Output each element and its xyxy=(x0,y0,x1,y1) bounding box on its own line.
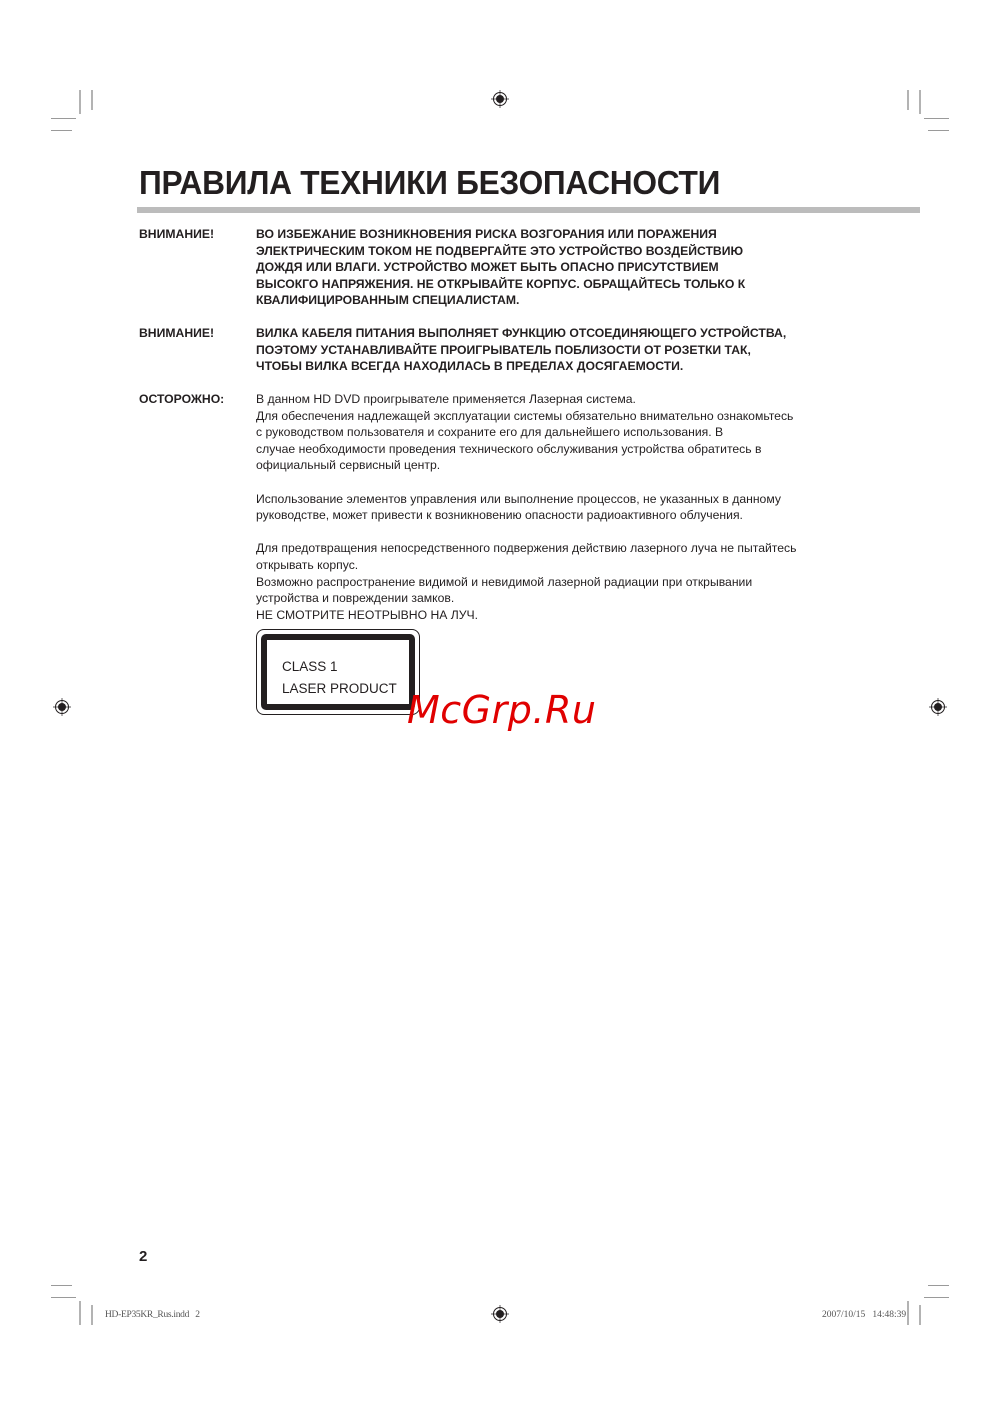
title-rule xyxy=(137,207,920,213)
laser-label-text: CLASS 1 LASER PRODUCT xyxy=(282,656,397,700)
crop-mark-bottom-left-h1 xyxy=(51,1285,72,1286)
laser-label-frame: CLASS 1 LASER PRODUCT xyxy=(261,634,415,710)
watermark: McGrp.Ru xyxy=(407,688,596,732)
crop-mark-top-left-h1 xyxy=(51,118,76,119)
text-line: ВЫСОКГО НАПРЯЖЕНИЯ. НЕ ОТКРЫВАЙТЕ КОРПУС… xyxy=(256,276,899,293)
text-line: руководстве, может привести к возникнове… xyxy=(256,507,899,524)
text-line: Для предотвращения непосредственного под… xyxy=(256,540,899,557)
text-line: ВИЛКА КАБЕЛЯ ПИТАНИЯ ВЫПОЛНЯЕТ ФУНКЦИЮ О… xyxy=(256,325,899,342)
crop-mark-bottom-right-h1 xyxy=(928,1285,949,1286)
paragraph: Использование элементов управления или в… xyxy=(256,491,899,524)
laser-class: CLASS 1 xyxy=(282,656,397,678)
text-line: ЧТОБЫ ВИЛКА ВСЕГДА НАХОДИЛАСЬ В ПРЕДЕЛАХ… xyxy=(256,358,899,375)
crop-mark-top-right-h2 xyxy=(928,130,949,131)
text-line: Для обеспечения надлежащей эксплуатации … xyxy=(256,408,899,425)
slug-filename: HD-EP35KR_Rus.indd 2 xyxy=(105,1310,200,1320)
text-line: ДОЖДЯ ИЛИ ВЛАГИ. УСТРОЙСТВО МОЖЕТ БЫТЬ О… xyxy=(256,259,899,276)
text-line: случае необходимости проведения техничес… xyxy=(256,441,899,458)
text-line: ВО ИЗБЕЖАНИЕ ВОЗНИКНОВЕНИЯ РИСКА ВОЗГОРА… xyxy=(256,226,899,243)
crop-mark-top-right-h1 xyxy=(924,118,949,119)
section-text: ВО ИЗБЕЖАНИЕ ВОЗНИКНОВЕНИЯ РИСКА ВОЗГОРА… xyxy=(256,226,899,309)
section-text: В данном HD DVD проигрывателе применяетс… xyxy=(256,391,899,623)
section-label: ВНИМАНИЕ! xyxy=(139,325,256,375)
page-title: ПРАВИЛА ТЕХНИКИ БЕЗОПАСНОСТИ xyxy=(139,164,720,202)
registration-target-icon xyxy=(53,698,71,716)
crop-mark-top-right-outer xyxy=(919,90,921,114)
text-line: Использование элементов управления или в… xyxy=(256,491,899,508)
registration-target-icon xyxy=(491,90,509,108)
text-line: официальный сервисный центр. xyxy=(256,457,899,474)
text-line: КВАЛИФИЦИРОВАННЫМ СПЕЦИАЛИСТАМ. xyxy=(256,292,899,309)
section-label: ОСТОРОЖНО: xyxy=(139,391,256,623)
registration-target-icon xyxy=(929,698,947,716)
crop-mark-top-left-outer xyxy=(79,90,81,114)
text-line: открывать корпус. xyxy=(256,557,899,574)
text-line: Возможно распространение видимой и невид… xyxy=(256,574,899,591)
crop-mark-bottom-right-h2 xyxy=(924,1297,949,1298)
section-label: ВНИМАНИЕ! xyxy=(139,226,256,309)
crop-mark-bottom-left-outer xyxy=(79,1301,81,1325)
section-text: ВИЛКА КАБЕЛЯ ПИТАНИЯ ВЫПОЛНЯЕТ ФУНКЦИЮ О… xyxy=(256,325,899,375)
registration-target-icon xyxy=(491,1305,509,1323)
laser-product-label: CLASS 1 LASER PRODUCT xyxy=(256,629,420,715)
text-line: ЭЛЕКТРИЧЕСКИМ ТОКОМ НЕ ПОДВЕРГАЙТЕ ЭТО У… xyxy=(256,243,899,260)
crop-mark-top-left-inner xyxy=(91,90,93,110)
paragraph: В данном HD DVD проигрывателе применяетс… xyxy=(256,391,899,474)
crop-mark-top-right-inner xyxy=(907,90,909,110)
crop-mark-bottom-left-h2 xyxy=(51,1297,76,1298)
text-line: НЕ СМОТРИТЕ НЕОТРЫВНО НА ЛУЧ. xyxy=(256,607,899,624)
warning-section-1: ВНИМАНИЕ! ВО ИЗБЕЖАНИЕ ВОЗНИКНОВЕНИЯ РИС… xyxy=(139,226,899,309)
text-line: ПОЭТОМУ УСТАНАВЛИВАЙТЕ ПРОИГРЫВАТЕЛЬ ПОБ… xyxy=(256,342,899,359)
text-line: с руководством пользователя и сохраните … xyxy=(256,424,899,441)
page-number: 2 xyxy=(139,1248,147,1265)
crop-mark-top-left-h2 xyxy=(51,130,72,131)
text-line: устройства и повреждении замков. xyxy=(256,590,899,607)
warning-section-2: ВНИМАНИЕ! ВИЛКА КАБЕЛЯ ПИТАНИЯ ВЫПОЛНЯЕТ… xyxy=(139,325,899,375)
paragraph: Для предотвращения непосредственного под… xyxy=(256,540,899,623)
slug-timestamp: 2007/10/15 14:48:39 xyxy=(822,1310,906,1320)
laser-product: LASER PRODUCT xyxy=(282,678,397,700)
crop-mark-bottom-right-inner xyxy=(907,1301,909,1325)
crop-mark-bottom-right-outer xyxy=(919,1305,921,1325)
text-line: В данном HD DVD проигрывателе применяетс… xyxy=(256,391,899,408)
crop-mark-bottom-left-inner xyxy=(91,1305,93,1325)
caution-section: ОСТОРОЖНО: В данном HD DVD проигрывателе… xyxy=(139,391,899,623)
